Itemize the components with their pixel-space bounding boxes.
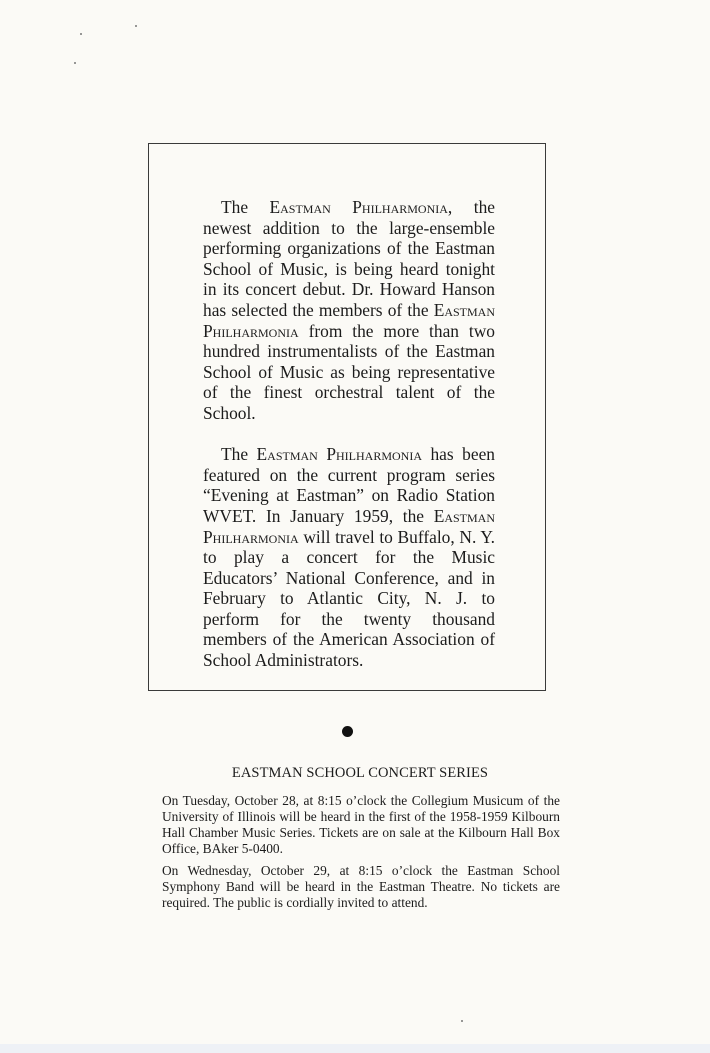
notice-paragraph-1: The Eastman Philharmonia, the newest add… — [203, 197, 495, 424]
notice-paragraph-2: The Eastman Philharmonia has been featur… — [203, 444, 495, 671]
paper-speck — [74, 62, 76, 64]
text-segment: The — [221, 444, 257, 464]
bullet-dot-icon — [342, 726, 353, 737]
concert-announcement-tuesday: On Tuesday, October 28, at 8:15 o’clock … — [162, 793, 560, 857]
paper-speck — [80, 33, 82, 35]
paper-speck — [135, 25, 137, 27]
concert-series-heading: EASTMAN SCHOOL CONCERT SERIES — [150, 765, 570, 782]
text-segment: The — [221, 197, 270, 217]
page-bottom-edge — [0, 1044, 710, 1053]
paper-speck — [461, 1020, 463, 1022]
ensemble-name: Eastman Philharmonia — [270, 197, 448, 217]
ensemble-name: Eastman Philharmonia — [257, 444, 422, 464]
boxed-notice: The Eastman Philharmonia, the newest add… — [148, 143, 546, 691]
concert-announcement-wednesday: On Wednesday, October 29, at 8:15 o’cloc… — [162, 863, 560, 911]
boxed-notice-text: The Eastman Philharmonia, the newest add… — [203, 197, 495, 691]
concert-series-text: On Tuesday, October 28, at 8:15 o’clock … — [162, 793, 560, 917]
text-segment: will travel to Buffalo, N. Y. to play a … — [203, 527, 495, 671]
